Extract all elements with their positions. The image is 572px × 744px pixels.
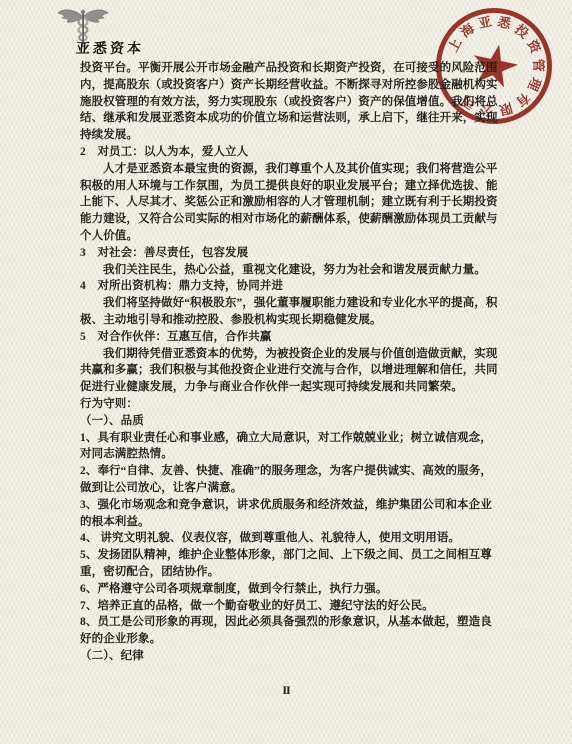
text-line: 3 对社会：善尽责任，包容发展 bbox=[80, 245, 504, 262]
text-line: 4、 讲究文明礼貌、仪表仪容，做到尊重他人、礼貌待人，使用文明用语。 bbox=[80, 530, 504, 547]
company-logo-text: 亚悉资本 bbox=[75, 38, 144, 58]
text-line: 对同志满腔热情。 bbox=[80, 446, 504, 463]
page-number: II bbox=[0, 683, 572, 698]
text-line: 上能下、人尽其才、奖惩公正和激励相容的人才管理机制；建立既有利于长期投资 bbox=[80, 194, 504, 211]
seal-character: 资 bbox=[523, 36, 544, 57]
text-line: 1、具有职业责任心和事业感，确立大局意识，对工作兢兢业业；树立诚信观念， bbox=[80, 430, 504, 447]
text-line: 共赢和多赢；我们积极与其他投资企业进行交流与合作，以增进理解和信任，共同 bbox=[80, 362, 504, 379]
text-line: （二）、纪律 bbox=[80, 648, 504, 665]
text-line: 2 对员工：以人为本，爱人立人 bbox=[80, 144, 504, 161]
text-line: 施股权管理的有效方法，努力实现股东（或投资客户）资产的保值增值。我们将总 bbox=[80, 94, 504, 111]
text-line: 我们期待凭借亚悉资本的优势，为被投资企业的发展与价值创造做贡献，实现 bbox=[80, 346, 504, 363]
document-page: 亚悉资本 上海亚悉投资管理有限公司 投资平台。平衡开展公开市场金融产品投资和长期… bbox=[0, 0, 572, 744]
text-line: 4 对所出资机构：鼎力支持，协同并进 bbox=[80, 278, 504, 295]
text-line: 重，密切配合，团结协作。 bbox=[80, 564, 504, 581]
text-line: 能力建设，又符合公司实际的相对市场化的薪酬体系，使薪酬激励体现员工贡献与 bbox=[80, 211, 504, 228]
text-line: 持续发展。 bbox=[80, 127, 504, 144]
text-line: 做到让公司放心，让客户满意。 bbox=[80, 480, 504, 497]
text-line: 极、主动地引导和推动控股、参股机构实现长期稳健发展。 bbox=[80, 312, 504, 329]
text-line: 2、奉行“自律、友善、快捷、准确”的服务理念，为客户提供诚实、高效的服务， bbox=[80, 463, 504, 480]
text-line: 5 对合作伙伴：互惠互信，合作共赢 bbox=[80, 329, 504, 346]
text-line: 行为守则： bbox=[80, 396, 504, 413]
seal-character: 管 bbox=[530, 57, 546, 73]
text-line: 人才是亚悉资本最宝贵的资源，我们尊重个人及其价值实现；我们将营造公平 bbox=[80, 161, 504, 178]
document-body: 投资平台。平衡开展公开市场金融产品投资和长期资产投资，在可接受的风险范围内，提高… bbox=[80, 60, 504, 665]
text-line: 促进行业健康发展，力争与商业合作伙伴一起实现可持续发展和共同繁荣。 bbox=[80, 379, 504, 396]
text-line: 内，提高股东（或投资客户）资产长期经营收益。不断探寻对所控参股金融机构实 bbox=[80, 77, 504, 94]
text-line: 6、严格遵守公司各项规章制度，做到令行禁止，执行力强。 bbox=[80, 581, 504, 598]
text-line: 5、发扬团队精神，维护企业整体形象，部门之间、上下级之间、员工之间相互尊 bbox=[80, 547, 504, 564]
text-line: （一）、品质 bbox=[80, 413, 504, 430]
text-line: 我们将坚持做好“积极股东”，强化董事履职能力建设和专业化水平的提高，积 bbox=[80, 295, 504, 312]
seal-character: 亚 bbox=[476, 13, 495, 32]
text-line: 我们关注民生，热心公益，重视文化建设，努力为社会和谐发展贡献力量。 bbox=[80, 262, 504, 279]
text-line: 好的企业形象。 bbox=[80, 631, 504, 648]
text-line: 投资平台。平衡开展公开市场金融产品投资和长期资产投资，在可接受的风险范围 bbox=[80, 60, 504, 77]
text-line: 7、培养正直的品格，做一个勤奋敬业的好员工、遵纪守法的好公民。 bbox=[80, 598, 504, 615]
text-line: 3、强化市场观念和竞争意识，讲求优质服务和经济效益，维护集团公司和本企业 bbox=[80, 497, 504, 514]
text-line: 个人价值。 bbox=[80, 228, 504, 245]
text-line: 结、继承和发展亚悉资本成功的价值立场和运营法则，承上启下，继往开来，实现 bbox=[80, 110, 504, 127]
text-line: 的根本利益。 bbox=[80, 514, 504, 531]
text-line: 积极的用人环境与工作氛围，为员工提供良好的职业发展平台；建立择优选拔、能 bbox=[80, 178, 504, 195]
text-line: 8、员工是公司形象的再现，因此必须具备强烈的形象意识，从基本做起，塑造良 bbox=[80, 614, 504, 631]
